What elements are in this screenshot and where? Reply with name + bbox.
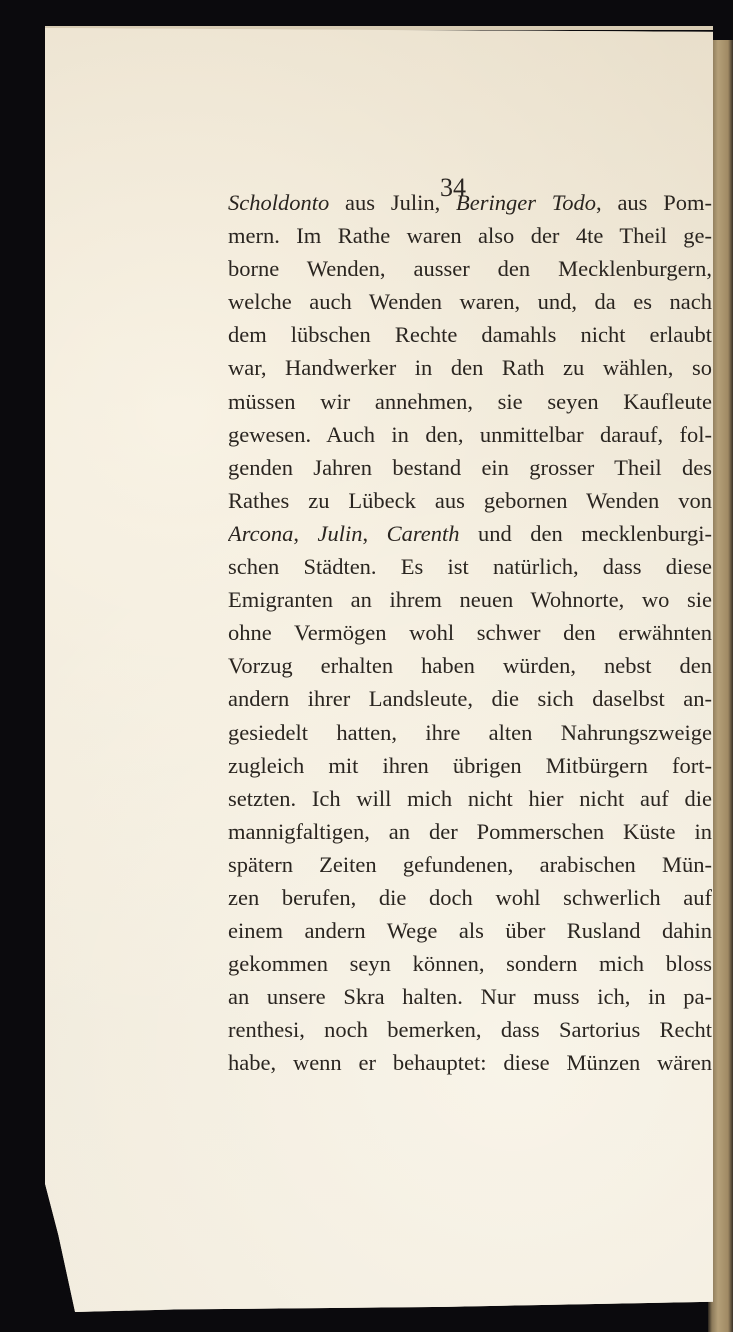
text-segment: an unsere Skra halten. Nur muss ich, in … [228,984,712,1009]
text-line: mern. Im Rathe waren also der 4te Theil … [228,219,712,252]
text-line: gekommen seyn können, sondern mich bloss [228,947,712,980]
text-line: spätern Zeiten gefundenen, arabischen Mü… [228,848,712,881]
text-line: genden Jahren bestand ein grosser Theil … [228,451,712,484]
italic-name: Carenth [387,521,460,546]
italic-name: Beringer Todo [456,190,596,215]
text-line: müssen wir annehmen, sie seyen Kaufleute [228,385,712,418]
text-line: mannigfaltigen, an der Pommerschen Küste… [228,815,712,848]
text-line: borne Wenden, ausser den Mecklenburgern, [228,252,712,285]
text-line: Rathes zu Lübeck aus gebornen Wenden von [228,484,712,517]
text-segment: mern. Im Rathe waren also der 4te Theil … [228,223,712,248]
text-line: Emigranten an ihrem neuen Wohnorte, wo s… [228,583,712,616]
text-segment: borne Wenden, ausser den Mecklenburgern, [228,256,712,281]
text-segment: zen berufen, die doch wohl schwerlich au… [228,885,712,910]
body-text: Scholdonto aus Julin, Beringer Todo, aus… [228,186,712,1080]
text-segment: ohne Vermögen wohl schwer den erwähnten [228,620,712,645]
text-line: andern ihrer Landsleute, die sich daselb… [228,682,712,715]
text-segment: Vorzug erhalten haben würden, nebst den [228,653,712,678]
text-segment: einem andern Wege als über Rusland dahin [228,918,712,943]
text-line: renthesi, noch bemerken, dass Sartorius … [228,1013,712,1046]
text-line: an unsere Skra halten. Nur muss ich, in … [228,980,712,1013]
text-segment: welche auch Wenden waren, und, da es nac… [228,289,712,314]
text-line: gesiedelt hatten, ihre alten Nahrungszwe… [228,716,712,749]
text-segment: mannigfaltigen, an der Pommerschen Küste… [228,819,712,844]
text-segment: und den mecklenburgi- [460,521,712,546]
text-segment: , aus Pom- [596,190,712,215]
text-segment: , [363,521,387,546]
italic-name: Julin [318,521,363,546]
text-line: war, Handwerker in den Rath zu wählen, s… [228,351,712,384]
text-segment: gesiedelt hatten, ihre alten Nahrungszwe… [228,720,712,745]
text-segment: andern ihrer Landsleute, die sich daselb… [228,686,712,711]
text-segment: müssen wir annehmen, sie seyen Kaufleute [228,389,712,414]
text-segment: gewesen. Auch in den, unmittelbar darauf… [228,422,712,447]
italic-name: Scholdonto [228,190,329,215]
text-line: Arcona, Julin, Carenth und den mecklenbu… [228,517,712,550]
text-segment: aus Julin, [329,190,456,215]
text-segment: renthesi, noch bemerken, dass Sartorius … [228,1017,712,1042]
text-segment: zugleich mit ihren übrigen Mitbürgern fo… [228,753,712,778]
italic-name: Arcona [228,521,293,546]
text-line: dem lübschen Rechte damahls nicht erlaub… [228,318,712,351]
text-line: zugleich mit ihren übrigen Mitbürgern fo… [228,749,712,782]
text-segment: gekommen seyn können, sondern mich bloss [228,951,712,976]
text-line: ohne Vermögen wohl schwer den erwähnten [228,616,712,649]
text-segment: setzten. Ich will mich nicht hier nicht … [228,786,712,811]
text-segment: Rathes zu Lübeck aus gebornen Wenden von [228,488,712,513]
text-line: einem andern Wege als über Rusland dahin [228,914,712,947]
text-line: welche auch Wenden waren, und, da es nac… [228,285,712,318]
text-segment: war, Handwerker in den Rath zu wählen, s… [228,355,712,380]
text-segment: spätern Zeiten gefundenen, arabischen Mü… [228,852,712,877]
text-line: setzten. Ich will mich nicht hier nicht … [228,782,712,815]
text-segment: Emigranten an ihrem neuen Wohnorte, wo s… [228,587,712,612]
text-segment: habe, wenn er behauptet: diese Münzen wä… [228,1050,712,1075]
text-line: habe, wenn er behauptet: diese Münzen wä… [228,1046,712,1079]
text-segment: , [293,521,317,546]
text-segment: schen Städten. Es ist natürlich, dass di… [228,554,712,579]
text-line: Scholdonto aus Julin, Beringer Todo, aus… [228,186,712,219]
text-line: gewesen. Auch in den, unmittelbar darauf… [228,418,712,451]
text-line: zen berufen, die doch wohl schwerlich au… [228,881,712,914]
text-segment: genden Jahren bestand ein grosser Theil … [228,455,712,480]
text-segment: dem lübschen Rechte damahls nicht erlaub… [228,322,712,347]
text-line: schen Städten. Es ist natürlich, dass di… [228,550,712,583]
text-line: Vorzug erhalten haben würden, nebst den [228,649,712,682]
